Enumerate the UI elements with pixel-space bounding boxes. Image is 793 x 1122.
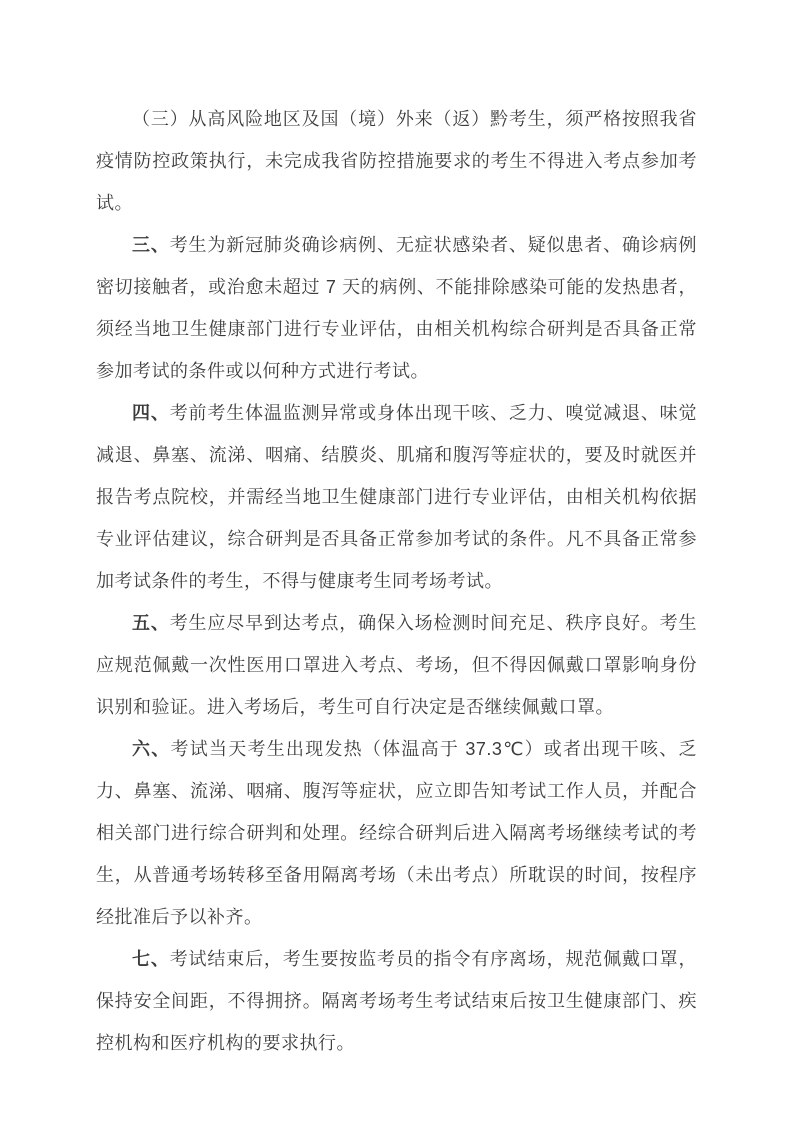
paragraph-1: （三）从高风险地区及国（境）外来（返）黔考生，须严格按照我省疫情防控政策执行，未… bbox=[96, 98, 697, 224]
paragraph-2: 三、考生为新冠肺炎确诊病例、无症状感染者、疑似患者、确诊病例密切接触者，或治愈未… bbox=[96, 224, 697, 392]
paragraph-4: 五、考生应尽早到达考点，确保入场检测时间充足、秩序良好。考生应规范佩戴一次性医用… bbox=[96, 602, 697, 728]
document-page: （三）从高风险地区及国（境）外来（返）黔考生，须严格按照我省疫情防控政策执行，未… bbox=[0, 0, 793, 1122]
paragraph-3: 四、考前考生体温监测异常或身体出现干咳、乏力、嗅觉减退、味觉减退、鼻塞、流涕、咽… bbox=[96, 392, 697, 602]
paragraph-text: 考试结束后，考生要按监考员的指令有序离场，规范佩戴口罩，保持安全间距，不得拥挤。… bbox=[96, 949, 697, 1053]
paragraph-number: 六、 bbox=[132, 739, 170, 759]
paragraph-text: 考试当天考生出现发热（体温高于 37.3℃）或者出现干咳、乏力、鼻塞、流涕、咽痛… bbox=[96, 739, 697, 927]
paragraph-number: 三、 bbox=[132, 235, 170, 255]
paragraph-5: 六、考试当天考生出现发热（体温高于 37.3℃）或者出现干咳、乏力、鼻塞、流涕、… bbox=[96, 728, 697, 938]
paragraph-number: 四、 bbox=[132, 403, 170, 423]
paragraph-text: 考前考生体温监测异常或身体出现干咳、乏力、嗅觉减退、味觉减退、鼻塞、流涕、咽痛、… bbox=[96, 403, 697, 591]
paragraph-6: 七、考试结束后，考生要按监考员的指令有序离场，规范佩戴口罩，保持安全间距，不得拥… bbox=[96, 938, 697, 1064]
paragraph-text: （三）从高风险地区及国（境）外来（返）黔考生，须严格按照我省疫情防控政策执行，未… bbox=[96, 109, 697, 213]
paragraph-number: 五、 bbox=[132, 613, 170, 633]
paragraph-number: 七、 bbox=[132, 949, 170, 969]
paragraph-text: 考生为新冠肺炎确诊病例、无症状感染者、疑似患者、确诊病例密切接触者，或治愈未超过… bbox=[96, 235, 697, 381]
paragraph-text: 考生应尽早到达考点，确保入场检测时间充足、秩序良好。考生应规范佩戴一次性医用口罩… bbox=[96, 613, 697, 717]
document-body: （三）从高风险地区及国（境）外来（返）黔考生，须严格按照我省疫情防控政策执行，未… bbox=[96, 98, 697, 1064]
